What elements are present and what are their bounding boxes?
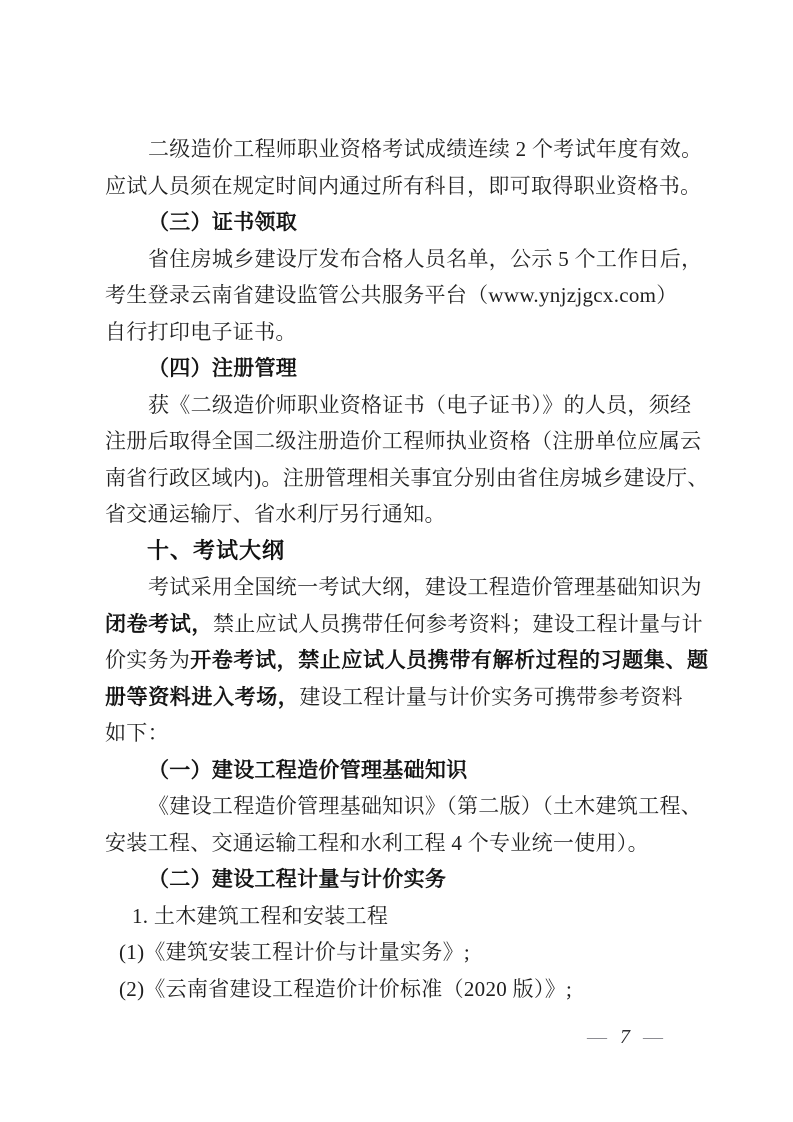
- paragraph: 《建设工程造价管理基础知识》（第二版）（土木建筑工程、安装工程、交通运输工程和水…: [105, 788, 697, 861]
- paragraph: 获《二级造价师职业资格证书（电子证书）》的人员，须经注册后取得全国二级注册造价工…: [105, 387, 697, 533]
- text-run: 自行打印电子证书。: [105, 320, 297, 344]
- paragraph: 1. 土木建筑工程和安装工程: [105, 898, 697, 935]
- text-run: (2)《云南省建设工程造价计价标准（2020 版）》;: [119, 977, 572, 1001]
- text-line: 南省行政区域内)。注册管理相关事宜分别由省住房城乡建设厅、: [105, 460, 697, 497]
- page-footer: —7—: [567, 995, 663, 1079]
- text-line: 《建设工程造价管理基础知识》（第二版）（土木建筑工程、: [105, 788, 697, 825]
- text-line: 如下：: [105, 715, 697, 752]
- page-number: 7: [620, 1026, 630, 1048]
- paragraph: 二级造价工程师职业资格考试成绩连续 2 个考试年度有效。应试人员须在规定时间内通…: [105, 131, 697, 204]
- text-run: 省住房城乡建设厅发布合格人员名单，公示 5 个工作日后，: [148, 247, 702, 271]
- footer-dash-left: —: [587, 1026, 607, 1048]
- document-body: 二级造价工程师职业资格考试成绩连续 2 个考试年度有效。应试人员须在规定时间内通…: [105, 131, 697, 1007]
- emphasis-text-run: 开卷考试，禁止应试人员携带有解析过程的习题集、题: [190, 649, 708, 672]
- sub-heading: （三）证书领取: [105, 204, 697, 241]
- text-line: （四）注册管理: [105, 350, 697, 387]
- text-line: （一）建设工程造价管理基础知识: [105, 752, 697, 789]
- paragraph: (1)《建筑安装工程计价与计量实务》;: [105, 934, 697, 971]
- text-run: 如下：: [105, 721, 169, 745]
- document-page: 二级造价工程师职业资格考试成绩连续 2 个考试年度有效。应试人员须在规定时间内通…: [0, 0, 793, 1122]
- text-run: 获《二级造价师职业资格证书（电子证书）》的人员，须经: [148, 393, 691, 417]
- paragraph: 考试采用全国统一考试大纲，建设工程造价管理基础知识为闭卷考试，禁止应试人员携带任…: [105, 569, 697, 752]
- text-line: 1. 土木建筑工程和安装工程: [105, 898, 697, 935]
- text-line: 省交通运输厅、省水利厅另行通知。: [105, 496, 697, 533]
- text-run: 二级造价工程师职业资格考试成绩连续 2 个考试年度有效。: [148, 137, 702, 161]
- text-run: （四）注册管理: [148, 356, 297, 380]
- text-run: 十、考试大纲: [147, 538, 285, 563]
- text-run: 建设工程计量与计价实务可携带参考资料: [299, 685, 682, 709]
- text-run: 考试采用全国统一考试大纲，建设工程造价管理基础知识为: [148, 575, 702, 599]
- text-run: 省交通运输厅、省水利厅另行通知。: [105, 502, 446, 526]
- sub-heading: （一）建设工程造价管理基础知识: [105, 752, 697, 789]
- text-line: 获《二级造价师职业资格证书（电子证书）》的人员，须经: [105, 387, 697, 424]
- text-run: 价实务为: [105, 648, 190, 672]
- text-run: 南省行政区域内)。注册管理相关事宜分别由省住房城乡建设厅、: [105, 466, 709, 490]
- text-run: (1)《建筑安装工程计价与计量实务》;: [119, 940, 470, 964]
- paragraph: 省住房城乡建设厅发布合格人员名单，公示 5 个工作日后，考生登录云南省建设监管公…: [105, 241, 697, 351]
- section-heading: 十、考试大纲: [105, 533, 697, 570]
- text-run: 《建设工程造价管理基础知识》（第二版）（土木建筑工程、: [148, 794, 702, 818]
- text-run: 应试人员须在规定时间内通过所有科目，即可取得职业资格书。: [105, 174, 701, 198]
- sub-heading: （四）注册管理: [105, 350, 697, 387]
- text-line: 册等资料进入考场，建设工程计量与计价实务可携带参考资料: [105, 679, 697, 716]
- text-run: 考生登录云南省建设监管公共服务平台（www.ynjzjgcx.com）: [105, 283, 678, 307]
- text-line: 十、考试大纲: [105, 533, 697, 570]
- text-run: （二）建设工程计量与计价实务: [148, 867, 446, 891]
- text-run: 注册后取得全国二级注册造价工程师执业资格（注册单位应属云: [105, 429, 701, 453]
- text-line: 安装工程、交通运输工程和水利工程 4 个专业统一使用）。: [105, 825, 697, 862]
- text-line: 省住房城乡建设厅发布合格人员名单，公示 5 个工作日后，: [105, 241, 697, 278]
- text-run: 禁止应试人员携带任何参考资料；建设工程计量与计: [213, 612, 703, 636]
- text-line: （二）建设工程计量与计价实务: [105, 861, 697, 898]
- text-line: 注册后取得全国二级注册造价工程师执业资格（注册单位应属云: [105, 423, 697, 460]
- text-line: 二级造价工程师职业资格考试成绩连续 2 个考试年度有效。: [105, 131, 697, 168]
- text-line: 闭卷考试，禁止应试人员携带任何参考资料；建设工程计量与计: [105, 606, 697, 643]
- text-run: 安装工程、交通运输工程和水利工程 4 个专业统一使用）。: [105, 831, 649, 855]
- text-run: （一）建设工程造价管理基础知识: [148, 758, 468, 782]
- text-line: (1)《建筑安装工程计价与计量实务》;: [105, 934, 697, 971]
- emphasis-text-run: 闭卷考试，: [105, 613, 213, 636]
- text-line: 应试人员须在规定时间内通过所有科目，即可取得职业资格书。: [105, 168, 697, 205]
- sub-heading: （二）建设工程计量与计价实务: [105, 861, 697, 898]
- text-line: 价实务为开卷考试，禁止应试人员携带有解析过程的习题集、题: [105, 642, 697, 679]
- text-line: 考生登录云南省建设监管公共服务平台（www.ynjzjgcx.com）: [105, 277, 697, 314]
- text-line: 自行打印电子证书。: [105, 314, 697, 351]
- footer-dash-right: —: [643, 1026, 663, 1048]
- text-run: （三）证书领取: [148, 210, 297, 234]
- text-line: 考试采用全国统一考试大纲，建设工程造价管理基础知识为: [105, 569, 697, 606]
- text-line: （三）证书领取: [105, 204, 697, 241]
- text-run: 1. 土木建筑工程和安装工程: [132, 904, 388, 928]
- emphasis-text-run: 册等资料进入考场，: [105, 686, 299, 709]
